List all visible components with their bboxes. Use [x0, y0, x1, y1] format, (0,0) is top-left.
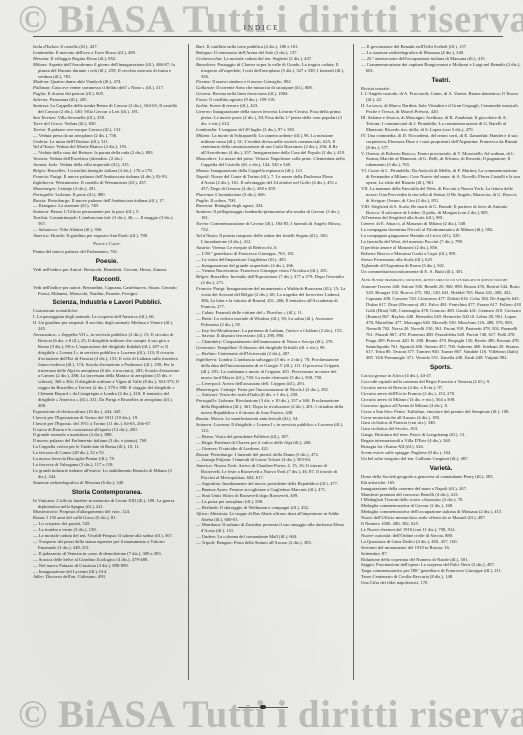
entry-text: — Unders: La colonna del comandante Mall…: [196, 534, 297, 539]
entry-text: Gara ciclistica del Secolo, 163.: [361, 426, 418, 431]
section-heading: Poesie.: [33, 257, 181, 266]
entry-place: America: [196, 463, 212, 468]
entry-text: : Battaglia degli agrari, 434.: [212, 203, 264, 208]
entry-text: — Scarica delle belve al Giardino Zoolog…: [33, 557, 148, 562]
entry-text: Una Cifra dei fidei napoleonici, 170.: [361, 580, 428, 585]
entry-text: Esposizione di elettrocultura (10 dis.),…: [33, 409, 122, 414]
index-entry: Santena: La Cappella della tomba Benso d…: [33, 103, 181, 115]
index-entry: V. Onesta, di Roberto Bracco; Teatro pro…: [361, 151, 521, 169]
entry-text: : Veduta dell'Excelsior (altendito. (2 d…: [47, 156, 122, 161]
entry-text: : Abissinia: Le truppe di Ras Abate offr…: [201, 511, 339, 522]
entry-text: Un bel salto eseguito del ten. Galliano …: [361, 456, 469, 461]
entry-text: Manifesti premiati del concorso Bonelli …: [361, 492, 459, 497]
entry-place: Gallarate: [196, 85, 214, 90]
index-entry: Vedi nell'indice per autori: Bernardini,…: [33, 285, 181, 297]
entry-text: — Nel nuovo Palazzo di Giustizia (3 dis.…: [33, 563, 129, 568]
entry-place: Puglia: [33, 91, 45, 96]
entry-place: Bologna: [196, 50, 212, 55]
entry-text: — Vienna Nuovissimo: Francesco Giuseppe …: [196, 268, 328, 273]
index-entry: IV. Una commedia, di D. Niccodemi, del t…: [361, 133, 521, 151]
entry-place: Russia: [196, 452, 208, 457]
index-entry: Val d'Aosta: Il pronto trasporto delle s…: [196, 233, 346, 245]
entry-text: IV. Una commedia, di D. Niccodemi, del t…: [361, 133, 518, 150]
entry-text: Un commediaristocraticamente di E. A. Bu…: [361, 269, 464, 274]
entry-text: — Il palazzetto di Venezia in corso di d…: [33, 551, 162, 556]
entry-text: Le grandi industrie italiane all'estero:…: [33, 468, 172, 479]
entry-text: Roma: I 150 anni del caffè Greco (6 dis.…: [33, 515, 117, 520]
index-entry: Un commediaristocraticamente di E. A. Bu…: [361, 269, 521, 275]
index-entry: Inghilterra: Londra: L'ambascia salvaggi…: [196, 357, 346, 381]
index-entry: Milano: La morte di Schiaparelli; La cam…: [196, 133, 346, 157]
entry-place: Santena: [196, 209, 211, 214]
index-entry: Una Cifra dei fidei napoleonici, 170.: [361, 580, 521, 586]
section-heading: Teatri.: [361, 76, 521, 85]
entry-text: Vedi nell'indice per autori: Bernardini,…: [33, 285, 177, 296]
entry-text: Costruzioni scientifiche:: [33, 308, 78, 313]
entry-text: III. Salome e Jessica, di Mascagni; Aret…: [361, 115, 507, 132]
entry-text: : Discorso dell'on. Calissano, 493.: [43, 574, 106, 579]
entry-place: Africa: [196, 511, 207, 516]
index-entry: Vedi nell'indice per Autori: Bertacchi, …: [33, 267, 181, 273]
ornament-line: [266, 707, 288, 708]
entry-text: Il perfetto amore al Manzoni (2 dis.), 8…: [361, 245, 438, 250]
entry-text: Stazione radiotelegrafica di Messina (6 …: [33, 480, 124, 485]
entry-text: : Il conflitto agrario (9 dis.), 109-110…: [207, 97, 276, 102]
entry-text: Settembre, 87.: [361, 551, 388, 556]
entry-text: — Berlino: Centenario dell'Università (2…: [196, 351, 291, 356]
entry-place: Torre del Greco: [33, 121, 62, 126]
entry-text: — La mortale caduta del ten. Vivaldi-Pas…: [33, 533, 173, 538]
entry-text: La ferrovia di Valsugana (3 dis.), 117 a…: [33, 462, 114, 467]
entry-text: Saggio: Fascinazioni dell'opera: La sorp…: [361, 562, 495, 567]
entry-text: : Westminster: Il castello di Westminste…: [53, 180, 147, 185]
index-entry: Napoli: Nozze del Conte di Torino (ill.)…: [196, 174, 346, 192]
entry-text: Medaglia commemorativa di Cavour (2 dis.…: [361, 503, 453, 508]
entry-text: — Savoia: Il disastro ferroviario (ill.)…: [196, 333, 284, 338]
entry-text: : Il ritorno dei pastori (ill.), 605.: [45, 91, 104, 96]
entry-text: — L'80.º genetliaco di Francesco Giusepp…: [196, 251, 295, 256]
index-columns: Isola d'Ischia: Il castello (ill.), 427.…: [33, 44, 508, 684]
entry-text: : Rovina nella linea ferroviaria (ill.),…: [210, 91, 288, 96]
index-entry: Moncalieri: Le nozze del princ. Vittorio…: [196, 156, 346, 168]
entry-place: Bari: [196, 44, 204, 49]
entry-place: Civitavecchia: [196, 56, 221, 61]
entry-text: — Veduta della casa del Rettore: la para…: [33, 150, 154, 155]
entry-text: : Costantinopoli: L'ambasciata ital. (3 …: [38, 215, 174, 226]
entry-text: Circuito aereo di Milano (14 dis. e ritr…: [361, 397, 455, 402]
entry-text: : Inaugurazione della Cappella espiatori…: [209, 168, 304, 173]
entry-text: : Il pellegrinaggio lombardo-piemontese …: [201, 209, 340, 220]
artists-list: Aimone-Travers 440. Salone 500. Benelli …: [361, 284, 521, 361]
entry-place: Monza: [196, 168, 209, 173]
entry-text: : La morte di Schiaparelli; La camera ar…: [201, 133, 345, 156]
entry-place: Genova: [196, 91, 210, 96]
entry-place: Montenegro: [196, 387, 218, 392]
entry-text: : Nuova York: Arrivo di Charlton-Porter,…: [201, 463, 337, 480]
entry-text: All'esterno del Siegfried alla Scala (il…: [361, 215, 444, 220]
entry-text: : L'inondazione (3 dis.), 666.: [213, 192, 266, 197]
entry-text: La fanciulla del West, del maestro Pucci…: [361, 239, 463, 244]
index-entry: Livorno: Inaugurazione della nuova ferro…: [196, 109, 346, 127]
entry-text: — Berna: Visita del presidente Fallières…: [196, 434, 289, 439]
entry-place: Puglie: [196, 198, 208, 203]
entry-text: In Vaticano: L'ufficio funebre in memori…: [33, 498, 174, 509]
entry-place: Salerno: [33, 97, 47, 102]
entry-place: Pallanza: [33, 85, 49, 90]
entry-text: Scene estive sulle spiagge: Pugliese (8 …: [361, 450, 451, 455]
column-divider: [353, 44, 354, 680]
column-left: Isola d'Ischia: Il castello (ill.), 427.…: [33, 44, 181, 684]
section-heading: Scienza, Industria e Lavori Pubblici.: [33, 298, 181, 307]
entry-text: : Isole. Veduta della villa imperiale (i…: [46, 162, 130, 167]
entry-text: : Nozze del Conte di Torino (ill.), 7. L…: [201, 174, 337, 191]
entry-text: : Bruxelles: I cristofini famiglie itali…: [45, 168, 153, 173]
index-entry: Africa: Abissinia: Le truppe di Ras Abat…: [196, 511, 346, 523]
entry-place: Belgio: [196, 274, 208, 279]
entry-text: : Il nuovo sindaco e il nuovo Consiglio,…: [210, 79, 292, 84]
entry-text: : Il villaggio Regina Elena (ill.), 852.: [48, 56, 116, 61]
entry-text: : Il centenario dell'Arena del Sole (2 d…: [212, 50, 298, 55]
entry-place: Austria: [196, 245, 210, 250]
index-entry: III. Salome e Jessica, di Mascagni; Aret…: [361, 115, 521, 133]
index-entry: Le grandi industrie italiane all'estero:…: [33, 468, 181, 480]
index-entry: Adler: Discorso dell'on. Calissano, 493.: [33, 574, 181, 580]
entry-text: I Medaglisti Tizzoni dello scavo «Ausoni…: [361, 497, 463, 502]
entry-text: : La mortale caduta del ten. Seghetti (2…: [221, 56, 312, 61]
entry-text: : Scene di terrore (ill.), 423.: [207, 103, 258, 108]
entry-text: La Questione di Gnea Dodici (4 dis.), 40…: [361, 539, 458, 544]
entry-place: Ischia: [196, 103, 207, 108]
entry-text: Nuove curiosità: dell'Ordine civile di S…: [361, 533, 453, 538]
entry-text: I. L'Angelo custode, di A. Fraccaroli; C…: [361, 91, 518, 102]
entry-text: : Panorama (ill.), 205.: [47, 97, 87, 102]
page-title: INDICE: [0, 24, 523, 32]
entry-text: La ferrovia di Cuneo (28 dis.), 52 e 53.: [33, 450, 105, 455]
index-entry: Francia: Parigi: Inaugurazione del monum…: [196, 286, 346, 310]
entry-text: : Il palazzo ove nacque Cavour (ill.), 1…: [45, 127, 122, 132]
entry-place: Belgio: [33, 168, 45, 173]
entry-text: Le Nuove elezioni del 1910 (con 11 dis.)…: [361, 527, 456, 532]
column-middle: Bari: Il conflitto nella torre pubblica …: [196, 44, 346, 684]
entry-place: Livorno: [196, 109, 211, 114]
entry-place: Napoli: [196, 174, 209, 179]
index-entry: VI. Cuore di L. Pirandello; Da Anticoli …: [361, 168, 521, 186]
entry-place: Svizzera: [33, 209, 48, 214]
entry-text: : Lucerna: Il dirigibile « Lorena I » in…: [201, 422, 343, 433]
entry-text: Circuito aereo di Brescia (4 dis. e 8 ri…: [361, 385, 443, 390]
entry-text: II. Un giardino per serpenti: Il succhio…: [33, 320, 173, 331]
entry-place: Bussoleno: [196, 62, 215, 67]
entry-text: Caccia grossa in Africa (4 dis.), 44-47.: [361, 373, 432, 378]
entry-text: : Aspetto dell'Aerodromo il giorno dell'…: [38, 62, 175, 79]
entry-place: Val d'Aosta: [33, 144, 54, 149]
entry-text: Il nuovo palazzo del Parlamento italiano…: [33, 438, 147, 443]
entry-text: — La posta per aeroplano (ill.), 508.: [196, 499, 263, 504]
entry-text: La compagnia giapponese Hanako al Lirico…: [361, 233, 461, 238]
entry-text: — Calais: Funerali delle vittime del « P…: [196, 310, 303, 315]
entry-text: Età artistiche, 165.: [361, 480, 395, 485]
entry-text: : Le mura dell'Oleastro (ill.), 311.: [47, 139, 109, 144]
entry-text: — Inaugurazione del Lyceum (ill.), 614.: [33, 569, 107, 574]
entry-place: Turchia: [33, 215, 47, 220]
footer-ornament: [238, 706, 288, 708]
entry-text: : Brasile: Il giardino per esposito San …: [49, 233, 149, 238]
entry-text: VI. Cuore di L. Pirandello; Da Anticoli …: [361, 168, 520, 185]
index-entry: Aeronautica: « Zeppelin VII », in serviz…: [33, 332, 181, 409]
entry-text: : Pietroburgo: Il nuovo palazzo dell'Amb…: [45, 198, 165, 203]
entry-text: — Veduta presa da un aeroplano (2 dis.),…: [33, 133, 117, 138]
entry-text: Il Numero 1000, 280, 382, 625.: [361, 521, 419, 526]
entry-text: Corse motoristiche all'Ansaro (4 dis.), …: [361, 415, 440, 420]
entry-place: Russia: [196, 416, 208, 421]
index-entry: America: Nuova York: Arrivo di Charlton-…: [196, 463, 346, 481]
entry-text: : Bruxelles: Incendio dell'Esposizione (…: [201, 274, 344, 285]
column-right: — Il governatore del Benadir nell'Uebi S…: [361, 44, 521, 684]
entry-text: — Briga: Partenza di Chavez per il valic…: [196, 440, 312, 445]
index-entry: I. L'Angelo custode, di A. Fraccaroli; C…: [361, 91, 521, 103]
index-entry: In Vaticano: L'ufficio funebre in memori…: [33, 498, 181, 510]
entry-text: — Argentina: Insediamento del nuovo pres…: [196, 481, 338, 486]
entry-place: Torino: [33, 127, 45, 132]
index-entry: Torino: Commemorazione di Cavour (ill.),…: [196, 221, 346, 233]
entry-text: — Issy-les-Moulineaux: La partenza di La…: [196, 328, 343, 333]
entry-place: Montenegro: [33, 186, 55, 191]
index-entry: VIII. Siegfried di S. Scala; Re morti di…: [361, 204, 521, 216]
section-heading: Racconti.: [33, 275, 181, 284]
entry-text: — La stazione radiotelegrafica di Massau…: [361, 50, 464, 55]
index-entry: Portogallo: Lisbona: Rivoluzione (3 dis.…: [196, 398, 346, 416]
index-entry: — Mombasa: Il sultano di Zanzibar presen…: [196, 522, 346, 534]
entry-text: — Buenos Ayres: Festose accoglienze a Gu…: [196, 487, 326, 492]
entry-text: La Cappella votiva per le Undeciate di R…: [33, 444, 140, 449]
entry-place: Francia: [33, 174, 48, 179]
entry-place: Ravenna: [196, 203, 212, 208]
entry-text: : Cettinje: Feste per l'incoronazione di…: [218, 387, 329, 392]
index-entry: Un bel salto eseguito del ten. Galliano …: [361, 456, 521, 462]
entry-text: — Il governatore del Benadir nell'Uebi S…: [361, 44, 467, 49]
entry-text: : Tempelhof: Il disastro del dirigibile …: [215, 345, 326, 350]
entry-place: Piacenza: [196, 192, 213, 197]
entry-text: — Lo sciopero dei gasisti, 545.: [33, 521, 91, 526]
index-entry: — Commemorazione dei capitani Bongiovann…: [361, 62, 521, 74]
section-heading: Sports.: [361, 363, 521, 372]
section-heading: Storia Contemporanea.: [33, 488, 181, 497]
entry-place: Avenza: [33, 162, 46, 167]
index-entry: VII. La mamma della Fanciulla del West, …: [361, 186, 521, 204]
entry-place: Francia: [196, 286, 211, 291]
entry-text: : Il conflitto nella torre pubblica (2 d…: [204, 44, 299, 49]
entry-text: I lavori per l'Esposizione di Torino del…: [33, 415, 138, 420]
entry-text: Gangs. Ritrittura del tenn. Parco di Lon…: [361, 432, 466, 437]
entry-text: — Salonicco: Villa Allatini (ill.), 936.: [33, 227, 103, 232]
entry-text: Medaglia commemorativa dell'occupazione …: [361, 509, 502, 514]
entry-text: — Inaugurazione del grande acquedotto (4…: [196, 263, 294, 268]
entry-text: — Berlinde: Il sbirraggio di Wellmann e …: [196, 505, 309, 510]
column-divider: [188, 44, 189, 680]
entry-place: Milano: [33, 62, 46, 67]
entry-text: : Veduta (ill.), 820.: [62, 121, 97, 126]
entry-text: Roberto Bracco e Massimo Gorki a Capri (…: [361, 251, 457, 256]
entry-text: Coccodè capitali nella caserma del Regio…: [361, 379, 490, 384]
entry-text: — Brest: La vedova mortale di Windsor (i…: [196, 316, 333, 327]
entry-text: : Lisbona: Rivoluzione (3 dis. e 10 dis.…: [201, 398, 343, 415]
entry-text: : L'uragano del 20 luglio (3 dis.), 97 e…: [216, 127, 295, 132]
entry-place: Lombardia: [196, 127, 216, 132]
index-entry: II. Un giardino per serpenti: Il succhio…: [33, 320, 181, 332]
entry-place: Svizzera: [196, 422, 211, 427]
entry-text: — Tripoli: Bengasi: Festa della Statuto …: [196, 540, 312, 545]
entry-place: Val d'Aosta: [196, 233, 217, 238]
entry-text: : Lisbona: Il porto (ill.), 880.: [53, 192, 106, 197]
entry-text: : Casa ove venne commesso il delitto del…: [49, 85, 164, 90]
subsection-heading: Piante e Carte.: [33, 241, 181, 247]
entry-place: Venezia: [33, 156, 47, 161]
entry-text: : Cettinje (3 dis.), 291.: [55, 186, 96, 191]
entry-text: I. La passeggiata degli animali; La scop…: [33, 314, 155, 319]
index-entry: — Brest: La vedova mortale di Windsor (i…: [196, 316, 346, 328]
entry-text: : Londra: L'ambascia salvaggio (5 dis. e…: [201, 357, 339, 380]
entry-text: II. La tosca, di Marco Nardini; Italo Vi…: [361, 103, 519, 114]
entry-text: Riduzione della copertina del Numero di …: [361, 557, 469, 562]
entry-text: Stesso Feuermaier alla Scala (ill.), 625…: [361, 257, 433, 262]
entry-text: Ristagia fra i Kama XII (ill.), 526.: [361, 444, 424, 449]
entry-text: Vedi nell'indice per Autori: Bertacchi, …: [33, 267, 167, 272]
entry-place: Adler: [33, 574, 43, 579]
entry-text: : Mosca: Le manifestazioni anticlericali…: [208, 416, 298, 421]
entry-place: Milano: [196, 133, 209, 138]
entry-text: Montecitorio: Proposta d'allargamento de…: [33, 509, 130, 514]
entry-text: : Il pronto trasporto delle salme dei fr…: [201, 233, 328, 244]
entry-place: Isola d'Ischia: [33, 44, 58, 49]
entry-text: — Jasnaja Poljana: I funerali di Leone T…: [196, 457, 311, 462]
entry-text: VIII. Siegfried di S. Scala; Re morti di…: [361, 204, 507, 215]
entry-place: Messina: [33, 56, 48, 61]
entry-text: : Le nozze del princ. Vittorio Napoleone…: [201, 156, 345, 167]
entry-text: — La visita dell'imperatore Guglielmo (i…: [196, 257, 287, 262]
index-entry: Stazione radiotelegrafica di Messina (6 …: [33, 480, 181, 486]
index-entry: America: Brasile: Il giardino per esposi…: [33, 233, 181, 239]
entry-text: : Il castello (ill.), 427.: [58, 44, 98, 49]
entry-text: : Inaugurazione della nuova ferrovia Liv…: [201, 109, 342, 126]
entry-text: Circuito aereo dell'Est in Francia (2 di…: [361, 391, 455, 396]
entry-text: : Il colera, 700.: [208, 198, 236, 203]
entry-place: Portogallo: [33, 192, 53, 197]
entry-text: — Stati Uniti: Ritiro di Roosevelt dopo …: [196, 493, 298, 498]
entry-place: Portogallo: [196, 398, 216, 403]
header-rule: [33, 36, 503, 37]
entry-text: : Il mercato dell'uva a Torre Rosso (ill…: [53, 50, 136, 55]
entry-text: Tajlaonde all'Argentina di Roma (3 dis.)…: [361, 263, 445, 268]
entry-place: Torino: [196, 221, 208, 226]
entry-place: Russia: [33, 198, 45, 203]
section-note: Altri Autori drammatici, musicisti, arti…: [361, 277, 521, 283]
entry-text: — Commemorazione dei capitani Bongiovann…: [361, 62, 520, 73]
entry-text: Regate internazionali a Villa D'Este (4 …: [361, 438, 451, 443]
ornament-line: [238, 707, 260, 708]
entry-text: Terzo Centenario di Cecilia Beccaria (8 …: [361, 574, 453, 579]
index-entry: Svizzera: Lucerna: Il dirigibile « Loren…: [196, 422, 346, 434]
index-entry: Turchia: Costantinopoli: L'ambasciata it…: [33, 215, 181, 227]
entry-text: — Ginevra: Il suicidio di Lordone, 421.: [196, 446, 269, 451]
entry-text: — Liverpool: Arrivo dell'assassino dell.…: [196, 381, 305, 386]
index-entry: Belgio: Bruxelles: Incendio dell'Esposiz…: [196, 274, 346, 286]
entry-text: : Berna: L'Ufficio permanente per la pac…: [48, 209, 139, 214]
entry-text: Seicento del monumento del 1910 in Russi…: [361, 545, 450, 550]
entry-place: Lombardia: [33, 50, 53, 55]
entry-text: : Vienna: Le esequie di Bedrocchi, 6.: [210, 245, 278, 250]
entry-text: Pianta del nuovo palazzo del Parlamento,…: [33, 249, 118, 254]
entry-text: : Pietroburgo: I funerali del presid. de…: [208, 452, 319, 457]
entry-text: : Parigi: Il nuovo palazzo dell'Ambascia…: [48, 174, 168, 179]
entry-text: Nuovi dell'Ufficio monarchico reale offe…: [361, 515, 486, 520]
entry-text: : Il torrente Arno che minaccia di strar…: [214, 85, 313, 90]
entry-text: : Commemorazione di Cavour (ill.), 184-8…: [201, 221, 341, 232]
entry-text: Il grande arsenale a marittimo (4 dis.),…: [33, 432, 113, 437]
entry-text: — La tromba a vento (3 dis.), 138.: [33, 527, 97, 532]
entry-text: : Villa Sevenella (ill.), 258.: [55, 115, 105, 120]
entry-text: Il surco di Roma e le costruzioni all'ap…: [33, 427, 138, 432]
section-heading: Varietà.: [361, 464, 521, 473]
entry-text: Dono della Società geografica genovese a…: [361, 474, 494, 479]
entry-text: : Quattro dame abiti Vandyck (ill.), 474…: [48, 79, 122, 84]
entry-place: Firenze: [196, 79, 210, 84]
entry-text: : Passaggio di Chavez sopra la valle di …: [201, 62, 344, 79]
index-entry: II. La tosca, di Marco Nardini; Italo Vi…: [361, 103, 521, 115]
entry-text: — Antivari: Visita dei reali d'Italia (6…: [196, 392, 298, 397]
entry-text: La nuova ferrovia Biscaglia-Pomar (ill.)…: [33, 456, 115, 461]
entry-text: Corse a San Siro: Ponte, Tuffolino, vinc…: [361, 409, 510, 414]
entry-place: Germania: [196, 345, 215, 350]
entry-place: America: [33, 233, 49, 238]
entry-text: Concorso ippico all'Arena di Milano (4 d…: [361, 403, 448, 408]
entry-place: San Terenzo: [33, 115, 55, 120]
entry-text: — Mombasa: Il sultano di Zanzibar presen…: [196, 522, 344, 533]
entry-text: Inaugurazione della caserma del mare a N…: [361, 486, 467, 491]
entry-text: I lavori per l'Esposiz. del 1911 a Torin…: [33, 421, 151, 426]
index-entry: — Tripoli: Bengasi: Festa della Statuto …: [196, 540, 346, 546]
entry-text: Targa commemorativa per l'80.º genetliac…: [361, 568, 502, 573]
index-entry: — Trasporto dei pezzi della statua eques…: [33, 539, 181, 551]
entry-place: Inghilterra: [33, 180, 53, 185]
entry-text: La compagnia fiorentina Niccoli al Filod…: [361, 227, 493, 232]
index-entry: Milano: Aspetto dell'Aerodromo il giorno…: [33, 62, 181, 80]
entry-text: : La Cappella della tomba Benso di Cavou…: [38, 103, 177, 114]
entry-place: Favia: [196, 97, 207, 102]
entry-text: Rivista teatrale:: [361, 86, 390, 91]
entry-place: Santena: [33, 103, 48, 108]
entry-text: V. Onesta, di Roberto Bracco; Teatro pro…: [361, 151, 515, 168]
entry-text: : Veduta del Monte Bianco (2 dis.), 193.: [54, 144, 128, 149]
entry-place: Umbria: [33, 139, 47, 144]
entry-place: Inghilterra: [196, 357, 216, 362]
entry-text: — Trasporto dei pezzi della statua eques…: [33, 539, 165, 550]
entry-text: Gara ciclistica di Francia (con ritr.), …: [361, 420, 436, 425]
entry-text: : Parigi: Inaugurazione del monumento a …: [201, 286, 345, 309]
entry-text: Aeronautica: « Zeppelin VII », in serviz…: [33, 332, 179, 408]
index-entry: Bussoleno: Passaggio di Chavez sopra la …: [196, 62, 346, 80]
entry-text: Cenere, di E. Sinacci, al Manzoni di Mil…: [361, 221, 466, 226]
entry-text: — 25.º anniversario dell'occupazione ita…: [361, 56, 486, 61]
entry-text: — Chambéry: Cinquantenario dell'annessio…: [196, 339, 334, 344]
entry-place: Modena: [33, 79, 48, 84]
index-entry: Pianta del nuovo palazzo del Parlamento,…: [33, 249, 181, 255]
entry-text: VII. La mamma della Fanciulla del West, …: [361, 186, 517, 203]
entry-text: — Kiangaro: La stazione (ill.), 748.: [33, 203, 99, 208]
entry-place: Moncalieri: [196, 156, 216, 161]
index-entry: Santena: Il pellegrinaggio lombardo-piem…: [196, 209, 346, 221]
